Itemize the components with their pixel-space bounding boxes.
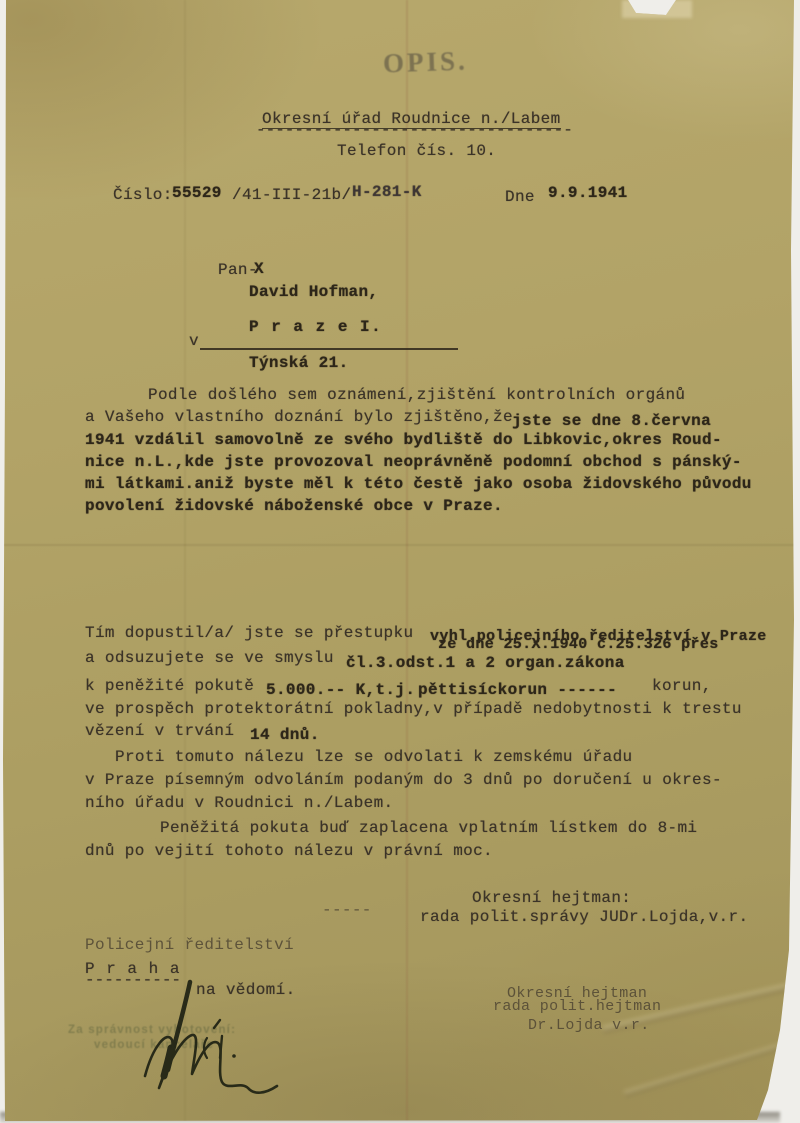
wrinkle-bottom-right-2 bbox=[624, 1029, 800, 1097]
salutation: Pan- bbox=[218, 261, 258, 279]
scanned-document-page: OPIS. Okresní úřad Roudnice n./Labem ---… bbox=[0, 0, 800, 1123]
body-line: a Vašeho vlastního doznání bylo zjištěno… bbox=[85, 408, 523, 426]
body-line: Peněžitá pokuta buď zaplacena vplatním l… bbox=[160, 819, 697, 837]
body-line: dnů po vejití tohoto nálezu v právní moc… bbox=[85, 842, 493, 860]
vertical-fold-crease bbox=[406, 0, 408, 1123]
fine-amount-words: pěttisíckorun ------ bbox=[418, 681, 617, 699]
ref-label: Číslo: bbox=[113, 186, 173, 204]
telefon-line: Telefon čís. 10. bbox=[337, 142, 496, 160]
addressee-prefix: v bbox=[189, 332, 199, 350]
body-line: 1941 vzdálil samovolně ze svého bydliště… bbox=[85, 431, 722, 449]
body-line: ního úřadu v Roudnici n./Labem. bbox=[85, 794, 394, 812]
body-line: mi látkami.aniž byste měl k této čestě j… bbox=[85, 475, 752, 493]
ref-mid: /41-III-21b/ bbox=[232, 186, 351, 204]
separator-dashes: ----- bbox=[322, 901, 372, 919]
body-line: a odsuzujete se ve smyslu bbox=[85, 649, 334, 667]
addressee-name: David Hofman, bbox=[249, 283, 378, 301]
body-line: vězení v trvání bbox=[85, 722, 234, 740]
body-line: v Praze písemným odvoláním podaným do 3 … bbox=[85, 771, 722, 789]
address-underline bbox=[200, 348, 458, 350]
handwritten-signature bbox=[115, 978, 305, 1113]
addressee-street: Týnská 21. bbox=[249, 354, 349, 372]
date-value: 9.9.1941 bbox=[548, 184, 628, 202]
signature-title: Okresní hejtman: bbox=[472, 889, 631, 907]
body-line: povolení židovské náboženské obce v Praz… bbox=[85, 497, 503, 515]
body-line: ve prospěch protektorátní pokladny,v pří… bbox=[85, 700, 742, 718]
horizontal-fold-crease bbox=[0, 544, 800, 546]
footer-left-office: Policejní ředitelství bbox=[85, 936, 294, 954]
torn-edge-patch bbox=[622, 0, 692, 18]
ref-code: H-281-K bbox=[352, 183, 422, 201]
footer-right-name: Dr.Lojda v.r. bbox=[528, 1017, 650, 1034]
office-title-dashed-rule: --------------------------------- bbox=[256, 121, 573, 139]
body-line: Tím dopustil/a/ jste se přestupku bbox=[85, 624, 413, 642]
body-line: nice n.L.,kde jste provozoval neoprávněn… bbox=[85, 453, 742, 471]
signature-name: rada polit.správy JUDr.Lojda,v.r. bbox=[420, 908, 748, 926]
body-line: korun, bbox=[652, 677, 712, 695]
fine-amount: 5.000.-- K,t.j. bbox=[266, 681, 415, 699]
vertical-faint-crease bbox=[184, 0, 186, 1123]
body-line-overtyped: jste se dne 8.června bbox=[512, 412, 711, 430]
ref-number: 55529 bbox=[172, 184, 222, 202]
copy-stamp: OPIS. bbox=[382, 46, 468, 80]
body-line: k peněžité pokutě bbox=[85, 677, 254, 695]
body-line: Podle došlého sem oznámení,zjištění kont… bbox=[148, 386, 685, 404]
addressee-city: P r a z e I. bbox=[249, 318, 382, 336]
paper-sheet: OPIS. Okresní úřad Roudnice n./Labem ---… bbox=[0, 0, 800, 1123]
body-line: Proti tomuto nálezu lze se odvolati k ze… bbox=[115, 748, 632, 766]
overtyped-line-2: ze dne 25.X.1940 č.25.326 přes bbox=[438, 636, 719, 653]
salutation-strikeout: X bbox=[254, 260, 264, 278]
body-line-overtyped: čl.3.odst.1 a 2 organ.zákona bbox=[346, 654, 625, 672]
footer-right-rank: rada polit.hejtman bbox=[493, 998, 661, 1015]
body-line-overtyped: 14 dnů. bbox=[250, 726, 320, 744]
date-label: Dne bbox=[505, 188, 535, 206]
